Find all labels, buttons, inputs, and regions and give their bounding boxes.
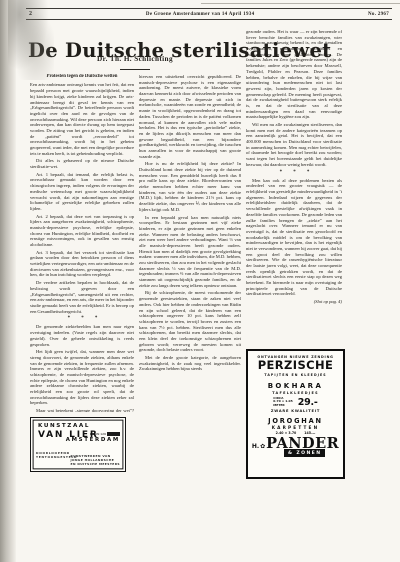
issue-number: No. 2967 (368, 12, 389, 17)
pander-brand-name: PANDER (266, 438, 339, 450)
pander-carpet-ad: ONTVANGEN NIEUWE ZENDING PERZISCHE TAPIJ… (246, 349, 345, 479)
article-paragraph: hiervan een uitstekend overzicht gepubli… (139, 74, 241, 159)
article-paragraph: Men kan ook al deze problemen bezien als… (246, 178, 342, 297)
pander-size-block: CIRCA 0.70 × 1.05 METER (273, 397, 292, 409)
flower-icon: ✿ (260, 444, 265, 450)
scan-corner-blotch (8, 0, 54, 80)
masthead-dateline: De Groene Amsterdammer van 14 April 1934 (146, 12, 254, 17)
scan-left-edge (0, 0, 17, 562)
section-separator: * * * (30, 316, 134, 322)
article-byline: Dr. Th. H. Schlichting (28, 55, 242, 63)
kunstzaal-works-note: KUNSTWERKEN VAN JONGE HOLLANDSCHE EN DUI… (71, 454, 120, 466)
newspaper-page: 2 De Groene Amsterdammer van 14 April 19… (0, 0, 400, 562)
redacted-mark (107, 432, 120, 435)
kunstzaal-note-line: EN DUITSCHE MEESTERS (71, 462, 120, 466)
article-paragraph: Art. 3 bepaalt, dat het verzoek tot ster… (30, 250, 134, 278)
article-paragraph: Wil men nu alle zwakzinnigen steriliseer… (246, 122, 342, 168)
pander-quality-note: ZWARE KWALITEIT (248, 409, 343, 413)
article-paragraph: Maar wat beteekent „strenge doorvoering … (30, 408, 134, 412)
article-paragraph: Hoe is nu de erfelijkheid bij deze ziekt… (139, 161, 241, 212)
pander-price: 29.- (298, 397, 318, 408)
kunstzaal-street: ROKIN 126 (90, 432, 106, 436)
article-paragraph: In een bepaald geval kan men natuurlijk … (139, 215, 241, 289)
pander-brand-prefix: H. (252, 443, 259, 450)
byline-divider (120, 69, 150, 70)
article-paragraph: Dit alles is gebaseerd op de nieuwe Duit… (30, 158, 134, 169)
article-paragraph: Het lijdt geen twijfel, dat, wanneer men… (30, 349, 134, 406)
article-paragraph: gezonde ouders. Het is waar — er zijn be… (246, 29, 342, 120)
pander-tablecloth-label: TAFELKLEEDJES (248, 391, 343, 395)
article-paragraph: Art. 2 bepaalt, dat deze wet van toepass… (30, 214, 134, 248)
kunstzaal-address: ROKIN 126 (90, 432, 120, 436)
pander-bokhara-label: BOKHARA (248, 382, 343, 390)
pander-ad-subline: TAPIJTEN EN KLEEDJES (248, 373, 343, 377)
pander-brand-suffix: & ZONEN (284, 449, 325, 456)
article-column-2: hiervan een uitstekend overzicht gepubli… (139, 74, 241, 456)
kunstzaal-ad-content: KUNSTZAAL VAN LIER ROKIN 126 AMSTERDAM D… (35, 422, 121, 467)
article-paragraph: De genoemde ziektebeelden kan men naar e… (30, 324, 134, 347)
kunstzaal-van-lier-ad: KUNSTZAAL VAN LIER ROKIN 126 AMSTERDAM D… (30, 417, 126, 472)
section-separator: * * * (246, 170, 342, 176)
article-paragraph: Bij de schizophrenie, de meest voorkomen… (139, 290, 241, 353)
pander-brand-logo: H. ✿ PANDER (248, 438, 343, 450)
pander-ad-product: PERZISCHE (248, 360, 343, 372)
scan-top-line (201, 3, 400, 4)
pander-carpets-label: KARPETTEN (248, 425, 343, 430)
pander-joroghan-label: JOROGHAN (248, 417, 343, 425)
pander-size-price-row: CIRCA 0.70 × 1.05 METER 29.- (248, 397, 343, 409)
article-column-3: gezonde ouders. Het is waar — er zijn be… (246, 29, 342, 346)
article-paragraph: Art. 1 bepaalt, dat iemand, die erfelijk… (30, 172, 134, 212)
kunstzaal-city: AMSTERDAM (66, 437, 120, 443)
article-paragraph: Een arts-ambtenaar ontvangt kennis van h… (30, 82, 134, 156)
article-paragraph: De verdere artikelen bepalen in hoofdzaa… (30, 280, 134, 314)
paper-sheet: 2 De Groene Amsterdammer van 14 April 19… (16, 0, 400, 562)
article-column-1: Protesten tegen de Duitsche wetten Een a… (30, 74, 134, 412)
pander-size-line: METER (273, 404, 292, 408)
page-header: 2 De Groene Amsterdammer van 14 April 19… (26, 8, 392, 20)
article-paragraph: Met de derde groote kategorie, de aangeb… (139, 355, 241, 372)
kunstzaal-name-line1: KUNSTZAAL (38, 423, 90, 429)
continuation-note: (Slot op pag. 4) (246, 299, 342, 305)
